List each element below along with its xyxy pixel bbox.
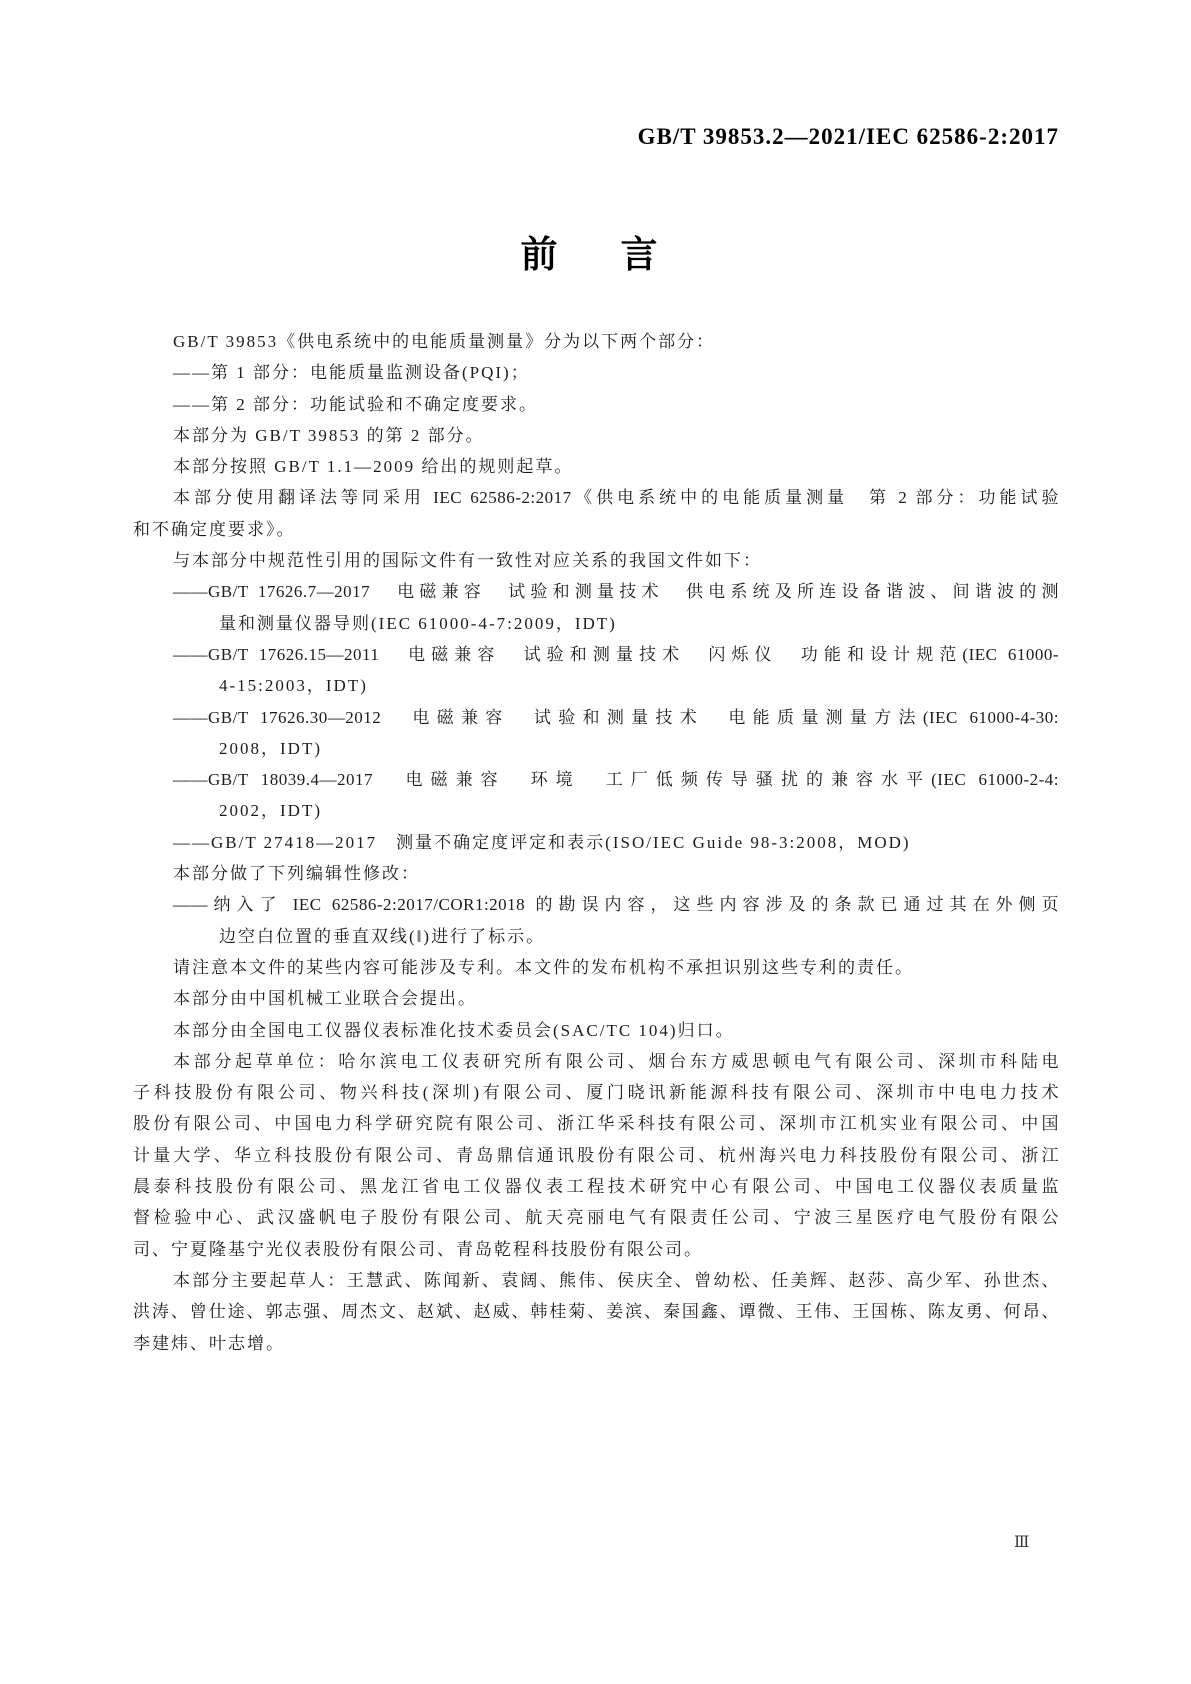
text-line: ——第 1 部分：电能质量监测设备(PQI)； bbox=[133, 357, 1059, 388]
text-line: ——GB/T 18039.4—2017 电磁兼容 环境 工厂低频传导骚扰的兼容水… bbox=[133, 764, 1059, 795]
text-line: 本部分做了下列编辑性修改： bbox=[133, 858, 1059, 889]
text-line: 本部分由中国机械工业联合会提出。 bbox=[133, 983, 1059, 1014]
standard-code-header: GB/T 39853.2—2021/IEC 62586-2:2017 bbox=[638, 124, 1059, 150]
text-line: 本部分主要起草人：王慧武、陈闻新、袁阔、熊伟、侯庆全、曾幼松、任美辉、赵莎、高少… bbox=[133, 1265, 1059, 1296]
text-line: 与本部分中规范性引用的国际文件有一致性对应关系的我国文件如下： bbox=[133, 545, 1059, 576]
text-line: GB/T 39853《供电系统中的电能质量测量》分为以下两个部分： bbox=[133, 326, 1059, 357]
foreword-body: GB/T 39853《供电系统中的电能质量测量》分为以下两个部分：——第 1 部… bbox=[133, 326, 1059, 1359]
page-number: Ⅲ bbox=[1014, 1532, 1030, 1552]
text-line: 请注意本文件的某些内容可能涉及专利。本文件的发布机构不承担识别这些专利的责任。 bbox=[133, 952, 1059, 983]
text-line: ——GB/T 17626.15—2011 电磁兼容 试验和测量技术 闪烁仪 功能… bbox=[133, 639, 1059, 670]
text-line: 督检验中心、武汉盛帆电子股份有限公司、航天亮丽电气有限责任公司、宁波三星医疗电气… bbox=[133, 1202, 1059, 1233]
page-title: 前 言 bbox=[0, 224, 1191, 278]
text-line: 本部分使用翻译法等同采用 IEC 62586-2:2017《供电系统中的电能质量… bbox=[133, 482, 1059, 513]
text-line: 本部分按照 GB/T 1.1—2009 给出的规则起草。 bbox=[133, 451, 1059, 482]
text-line: 量和测量仪器导则(IEC 61000-4-7:2009，IDT) bbox=[133, 608, 1059, 639]
text-line: 计量大学、华立科技股份有限公司、青岛鼎信通讯股份有限公司、杭州海兴电力科技股份有… bbox=[133, 1140, 1059, 1171]
text-line: 李建炜、叶志增。 bbox=[133, 1328, 1059, 1359]
text-line: ——第 2 部分：功能试验和不确定度要求。 bbox=[133, 389, 1059, 420]
text-line: ——GB/T 27418—2017 测量不确定度评定和表示(ISO/IEC Gu… bbox=[133, 827, 1059, 858]
text-line: 边空白位置的垂直双线(‖)进行了标示。 bbox=[133, 921, 1059, 952]
text-line: 晨泰科技股份有限公司、黑龙江省电工仪器仪表工程技术研究中心有限公司、中国电工仪器… bbox=[133, 1171, 1059, 1202]
text-line: 和不确定度要求》。 bbox=[133, 514, 1059, 545]
document-page: GB/T 39853.2—2021/IEC 62586-2:2017 前 言 G… bbox=[0, 0, 1191, 1684]
text-line: 子科技股份有限公司、物兴科技(深圳)有限公司、厦门晓讯新能源科技有限公司、深圳市… bbox=[133, 1077, 1059, 1108]
text-line: 2008，IDT) bbox=[133, 733, 1059, 764]
text-line: 洪涛、曾仕途、郭志强、周杰文、赵斌、赵威、韩桂菊、姜滨、秦国鑫、谭微、王伟、王国… bbox=[133, 1296, 1059, 1327]
text-line: ——纳入了 IEC 62586-2:2017/COR1:2018 的勘误内容，这… bbox=[133, 889, 1059, 920]
text-line: ——GB/T 17626.7—2017 电磁兼容 试验和测量技术 供电系统及所连… bbox=[133, 576, 1059, 607]
text-line: 股份有限公司、中国电力科学研究院有限公司、浙江华采科技有限公司、深圳市江机实业有… bbox=[133, 1108, 1059, 1139]
text-line: 2002，IDT) bbox=[133, 795, 1059, 826]
text-line: 本部分为 GB/T 39853 的第 2 部分。 bbox=[133, 420, 1059, 451]
text-line: ——GB/T 17626.30—2012 电磁兼容 试验和测量技术 电能质量测量… bbox=[133, 702, 1059, 733]
text-line: 本部分起草单位：哈尔滨电工仪表研究所有限公司、烟台东方威思顿电气有限公司、深圳市… bbox=[133, 1046, 1059, 1077]
text-line: 司、宁夏隆基宁光仪表股份有限公司、青岛乾程科技股份有限公司。 bbox=[133, 1234, 1059, 1265]
text-line: 本部分由全国电工仪器仪表标准化技术委员会(SAC/TC 104)归口。 bbox=[133, 1015, 1059, 1046]
text-line: 4-15:2003，IDT) bbox=[133, 670, 1059, 701]
